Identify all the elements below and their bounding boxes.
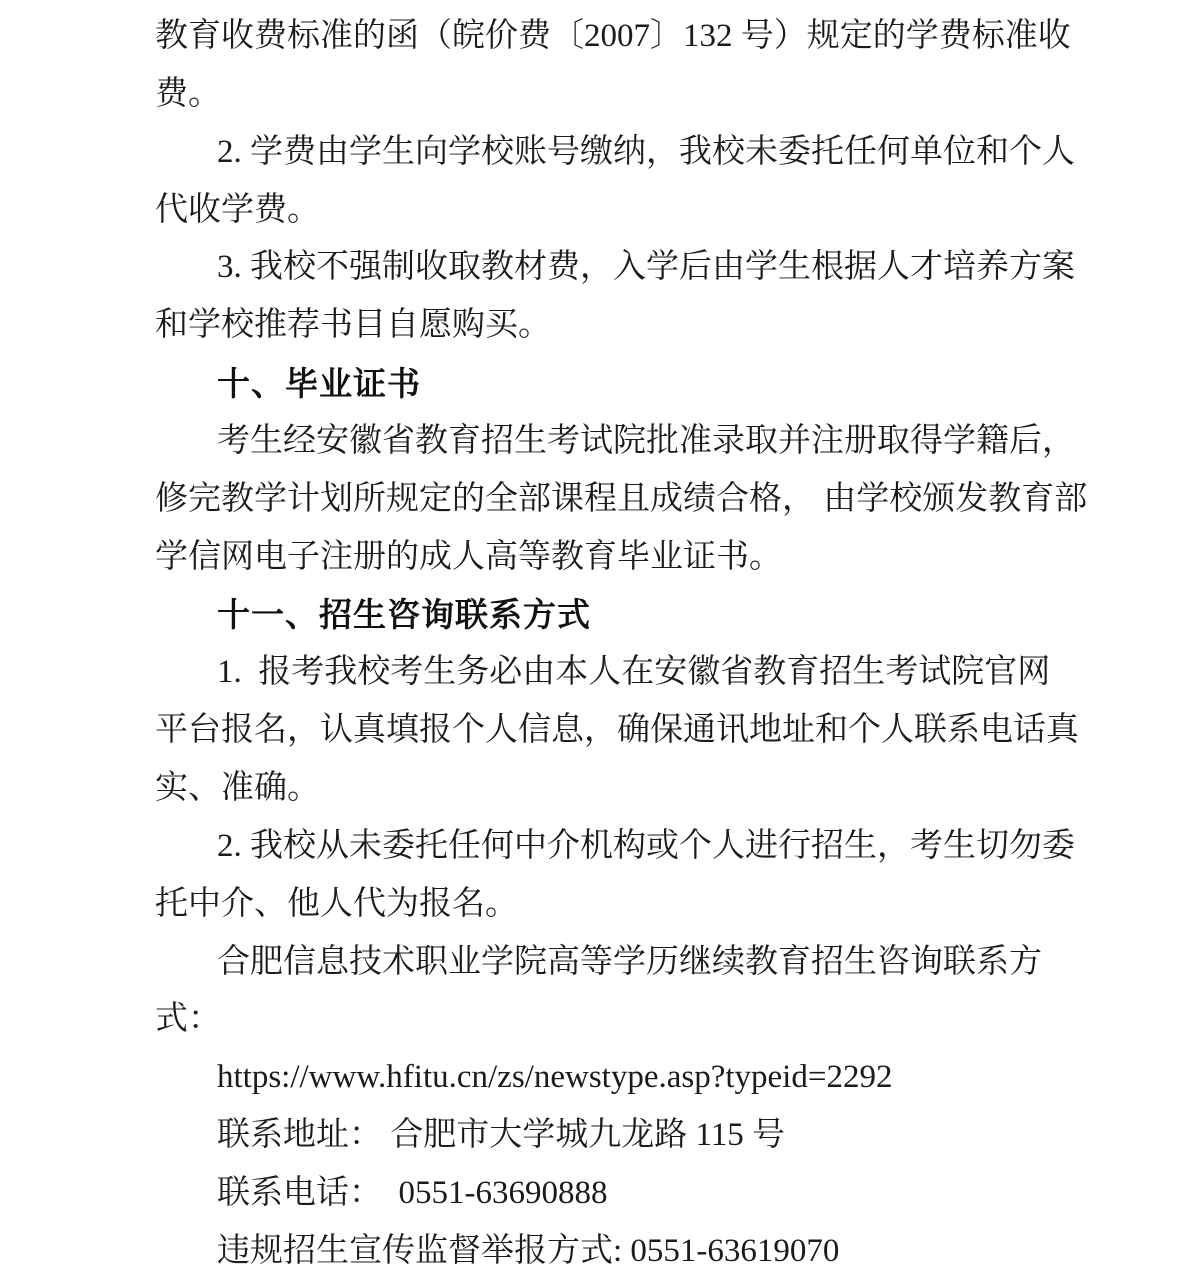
text-line: 考生经安徽省教育招生考试院批准录取并注册取得学籍后， [155, 413, 1050, 471]
text-line: https://www.hfitu.cn/zs/newstype.asp?typ… [155, 1049, 1050, 1107]
section-heading: 十、毕业证书 [155, 355, 1050, 413]
text-line: 修完教学计划所规定的全部课程且成绩合格， 由学校颁发教育部 [155, 471, 1050, 529]
text-line: 2. 我校从未委托任何中介机构或个人进行招生，考生切勿委 [155, 818, 1050, 876]
text-line: 3. 我校不强制收取教材费，入学后由学生根据人才培养方案 [155, 239, 1050, 297]
text-line: 和学校推荐书目自愿购买。 [155, 297, 1050, 355]
text-line: 违规招生宣传监督举报方式: 0551-63619070 [155, 1223, 1050, 1281]
text-line: 联系电话： 0551-63690888 [155, 1165, 1050, 1223]
text-line: 费。 [155, 66, 1050, 124]
text-line: 式： [155, 991, 1050, 1049]
text-line: 合肥信息技术职业学院高等学历继续教育招生咨询联系方 [155, 934, 1050, 992]
text-line: 联系地址： 合肥市大学城九龙路 115 号 [155, 1107, 1050, 1165]
text-line: 教育收费标准的函（皖价费〔2007〕132 号）规定的学费标准收 [155, 8, 1050, 66]
text-line: 代收学费。 [155, 182, 1050, 240]
text-line: 托中介、他人代为报名。 [155, 876, 1050, 934]
section-heading: 十一、招生咨询联系方式 [155, 586, 1050, 644]
document-content: 教育收费标准的函（皖价费〔2007〕132 号）规定的学费标准收费。2. 学费由… [155, 8, 1050, 1281]
document-page: 教育收费标准的函（皖价费〔2007〕132 号）规定的学费标准收费。2. 学费由… [0, 0, 1190, 1284]
text-line: 平台报名，认真填报个人信息，确保通讯地址和个人联系电话真 [155, 702, 1050, 760]
text-line: 2. 学费由学生向学校账号缴纳，我校未委托任何单位和个人 [155, 124, 1050, 182]
text-line: 实、准确。 [155, 760, 1050, 818]
text-line: 学信网电子注册的成人高等教育毕业证书。 [155, 529, 1050, 587]
text-line: 1. 报考我校考生务必由本人在安徽省教育招生考试院官网 [155, 644, 1050, 702]
